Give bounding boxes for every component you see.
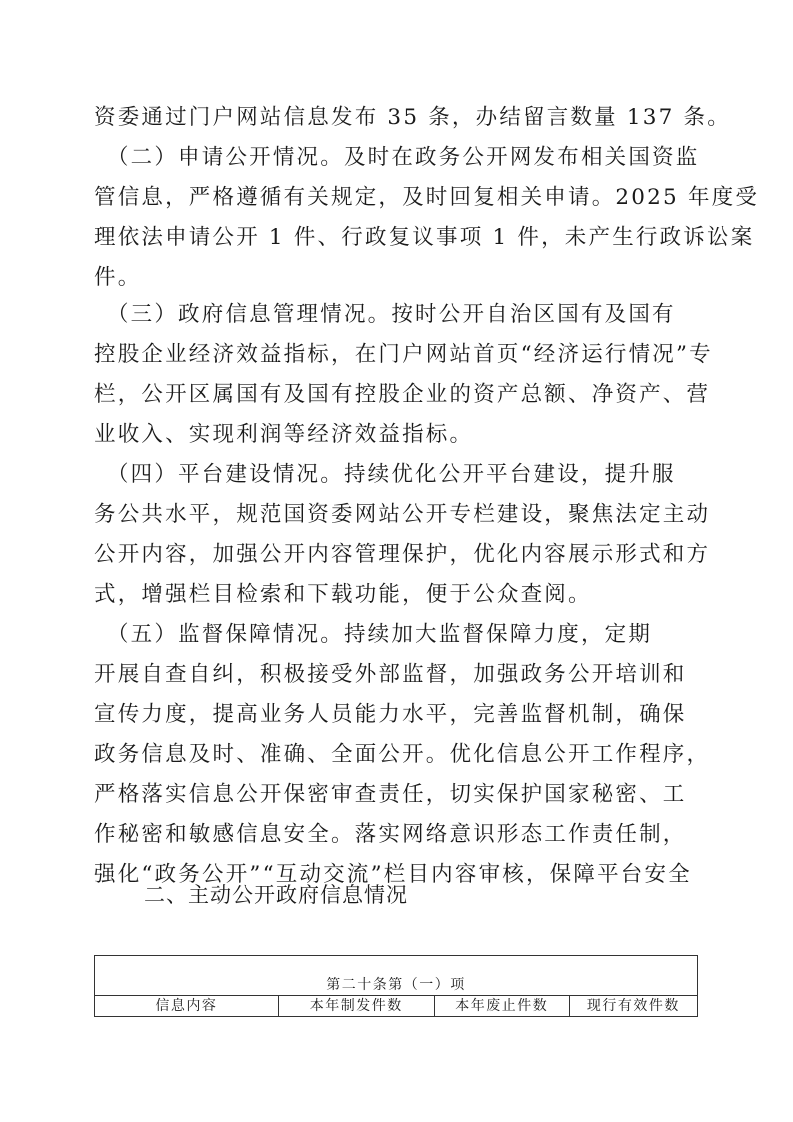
paragraph-line: 式，增强栏目检索和下载功能，便于公众查阅。	[94, 580, 698, 610]
info-table: 第二十条第（一）项 信息内容 本年制发件数 本年废止件数 现行有效件数	[94, 955, 698, 1017]
column-header: 本年制发件数	[278, 996, 434, 1017]
paragraph-line: 作秘密和敏感信息安全。落实网络意识形态工作责任制，	[94, 820, 698, 850]
paragraph-line: 政务信息及时、准确、全面公开。优化信息公开工作程序，	[94, 740, 698, 770]
paragraph-line: 开展自查自纠，积极接受外部监督，加强政务公开培训和	[94, 660, 698, 690]
paragraph-line: 理依法申请公开 1 件、行政复议事项 1 件，未产生行政诉讼案	[94, 223, 698, 253]
paragraph-line: （五）监督保障情况。持续加大监督保障力度，定期	[94, 620, 698, 650]
paragraph-line: 业收入、实现利润等经济效益指标。	[94, 420, 698, 450]
column-header: 信息内容	[95, 996, 279, 1017]
paragraph-line: 资委通过门户网站信息发布 35 条，办结留言数量 137 条。	[94, 103, 698, 133]
table-title: 第二十条第（一）项	[95, 956, 698, 996]
paragraph-line: 公开内容，加强公开内容管理保护，优化内容展示形式和方	[94, 540, 698, 570]
paragraph-line: 管信息，严格遵循有关规定，及时回复相关申请。2025 年度受	[94, 183, 698, 213]
paragraph-line: （三）政府信息管理情况。按时公开自治区国有及国有	[94, 300, 698, 330]
column-header: 现行有效件数	[569, 996, 697, 1017]
document-page: 资委通过门户网站信息发布 35 条，办结留言数量 137 条。 （二）申请公开情…	[0, 0, 793, 1122]
paragraph-line: 务公共水平，规范国资委网站公开专栏建设，聚焦法定主动	[94, 500, 698, 530]
section-heading: 二、主动公开政府信息情况	[144, 880, 408, 910]
paragraph-line: （四）平台建设情况。持续优化公开平台建设，提升服	[94, 460, 698, 490]
paragraph-line: （二）申请公开情况。及时在政务公开网发布相关国资监	[94, 143, 698, 173]
paragraph-line: 控股企业经济效益指标，在门户网站首页“经济运行情况”专	[94, 340, 698, 370]
paragraph-line: 栏，公开区属国有及国有控股企业的资产总额、净资产、营	[94, 380, 698, 410]
paragraph-line: 严格落实信息公开保密审查责任，切实保护国家秘密、工	[94, 780, 698, 810]
table-header-row: 信息内容 本年制发件数 本年废止件数 现行有效件数	[95, 996, 698, 1017]
column-header: 本年废止件数	[434, 996, 569, 1017]
paragraph-line: 件。	[94, 263, 698, 293]
paragraph-line: 宣传力度，提高业务人员能力水平，完善监督机制，确保	[94, 700, 698, 730]
